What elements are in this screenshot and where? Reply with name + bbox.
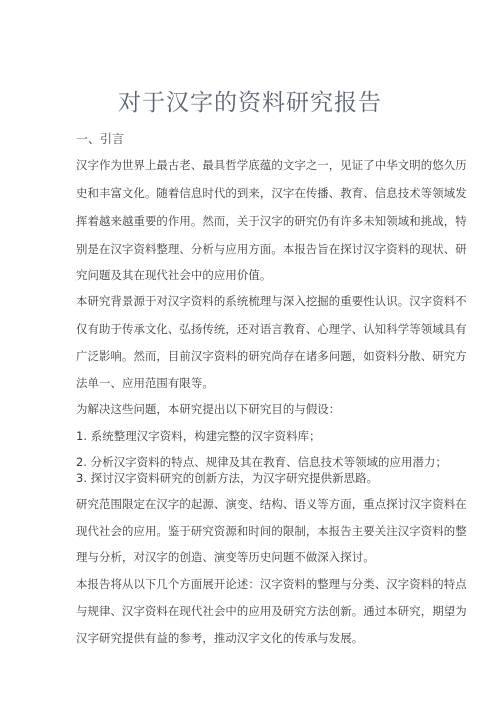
list-item: 3. 探讨汉字资料研究的创新方法，为汉字研究提供新思路。 — [76, 470, 378, 486]
text-line: 广泛影响。然而，目前汉字资料的研究尚存在诸多问题，如资料分散、研究方 — [76, 348, 467, 364]
document-page: 对于汉字的资料研究报告 一、引言 汉字作为世界上最古老、最具哲学底蕴的文字之一，… — [0, 0, 500, 707]
text-line: 法单一、应用范围有限等。 — [76, 375, 214, 391]
text-line: 究问题及其在现代社会中的应用价值。 — [76, 267, 271, 283]
text-line: 仅有助于传承文化、弘扬传统，还对语言教育、心理学、认知科学等领域具有 — [76, 321, 467, 337]
text-line: 挥着越来越重要的作用。然而，关于汉字的研究仍有许多未知领域和挑战，特 — [76, 213, 467, 229]
text-line: 为解决这些问题，本研究提出以下研究目的与假设： — [76, 401, 340, 417]
text-line: 与规律、汉字资料在现代社会中的应用及研究方法创新。通过本研究，期望为 — [76, 603, 467, 619]
text-line: 本报告将从以下几个方面展开论述：汉字资料的整理与分类、汉字资料的特点 — [76, 576, 467, 592]
document-title: 对于汉字的资料研究报告 — [0, 84, 500, 117]
list-item: 2. 分析汉字资料的特点、规律及其在教育、信息技术等领域的应用潜力； — [76, 454, 447, 470]
text-line: 现代社会的应用。鉴于研究资源和时间的限制，本报告主要关注汉字资料的整 — [76, 523, 467, 539]
section-heading: 一、引言 — [76, 130, 124, 147]
text-line: 汉字研究提供有益的参考，推动汉字文化的传承与发展。 — [76, 630, 363, 646]
text-line: 史和丰富文化。随着信息时代的到来，汉字在传播、教育、信息技术等领域发 — [76, 185, 467, 201]
text-line: 汉字作为世界上最古老、最具哲学底蕴的文字之一，见证了中华文明的悠久历 — [76, 157, 467, 173]
text-line: 本研究背景源于对汉字资料的系统梳理与深入挖掘的重要性认识。汉字资料不 — [76, 293, 467, 309]
text-line: 别是在汉字资料整理、分析与应用方面。本报告旨在探讨汉字资料的现状、研 — [76, 241, 467, 257]
list-item: 1. 系统整理汉字资料，构建完整的汉字资料库； — [76, 428, 321, 444]
text-line: 理与分析，对汉字的创造、演变等历史问题不做深入探讨。 — [76, 549, 375, 565]
text-line: 研究范围限定在汉字的起源、演变、结构、语义等方面，重点探讨汉字资料在 — [76, 496, 467, 512]
